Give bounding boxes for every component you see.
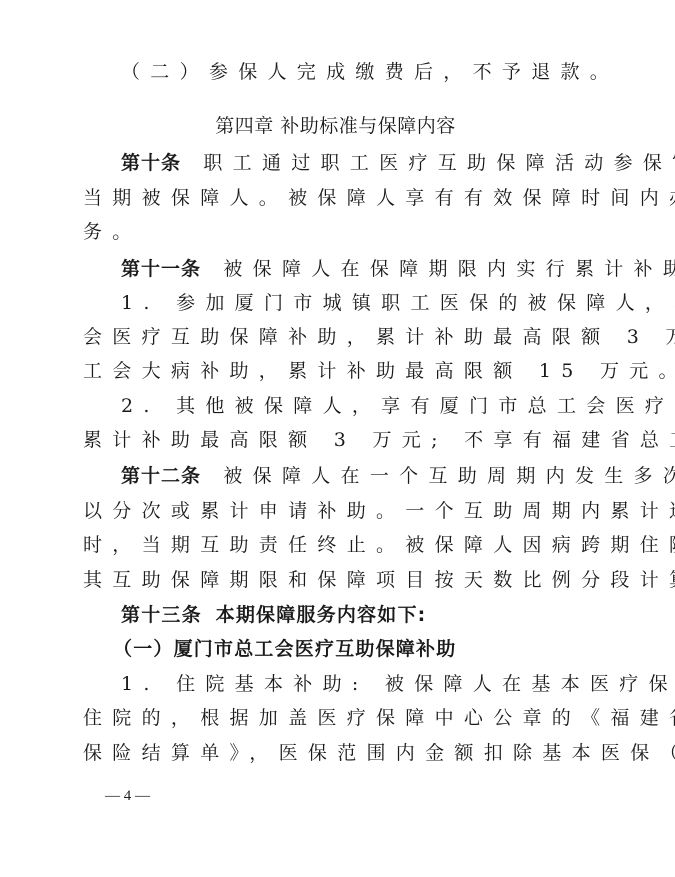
article-13-item-1-line-2: 住院的，根据加盖医疗保障中心公章的《福建省基本医疗（生育） [83, 701, 588, 736]
article-11-item-1-line-3: 工会大病补助，累计补助最高限额 15 万元。 [83, 354, 588, 389]
article-13-item-1-line-1: 1. 住院基本补助: 被保障人在基本医疗保险定点医疗机构 [83, 667, 626, 702]
chapter-heading: 第四章 补助标准与保障内容 [83, 109, 588, 144]
article-12-line-3: 时，当期互助责任终止。被保障人因病跨期住院治疗的，则根据 [83, 528, 588, 563]
article-text: 被保障人在保障期限内实行累计补助限额控制: [223, 258, 675, 280]
article-label: 第十二条 [121, 465, 201, 487]
paragraph-refund: （二）参保人完成缴费后，不予退款。 [83, 55, 626, 90]
article-12-line-1: 第十二条 被保障人在一个互助周期内发生多次住院时，可 [83, 459, 626, 494]
article-label: 第十条 [121, 152, 181, 174]
article-10-line-3: 务。 [83, 215, 588, 250]
article-text: 职工通过职工医疗互助保障活动参保审核后，成为 [203, 152, 675, 174]
page-number: — 4 — [105, 788, 150, 805]
article-label: 第十一条 [121, 258, 201, 280]
article-13-item-1-line-3: 保险结算单》，医保范围内金额扣除基本医保（生育）基金支付、 [83, 736, 588, 771]
article-12-line-2: 以分次或累计申请补助。一个互助周期内累计达到最高给付限额 [83, 494, 588, 529]
article-11-item-1-line-2: 会医疗互助保障补助，累计补助最高限额 3 万元; 享有福建省总 [83, 320, 588, 355]
article-text: 被保障人在一个互助周期内发生多次住院时，可 [223, 465, 675, 487]
subsection-heading: （一）厦门市总工会医疗互助保障补助 [83, 632, 618, 667]
article-11-line-1: 第十一条 被保障人在保障期限内实行累计补助限额控制: [83, 252, 626, 287]
article-11-item-1-line-1: 1. 参加厦门市城镇职工医保的被保障人，享有厦门市总工 [83, 286, 626, 321]
article-10-line-2: 当期被保障人。被保障人享有有效保障时间内办法规定的保障服 [83, 181, 588, 216]
article-13-line-1: 第十三条 本期保障服务内容如下: [83, 598, 626, 633]
article-11-item-2-line-2: 累计补助最高限额 3 万元; 不享有福建省总工会大病补助。 [83, 423, 588, 458]
article-label: 第十三条 [121, 604, 202, 626]
article-11-item-2-line-1: 2. 其他被保障人，享有厦门市总工会医疗互助保障补助， [83, 389, 626, 424]
article-title: 本期保障服务内容如下: [216, 604, 427, 626]
article-12-line-4: 其互助保障期限和保障项目按天数比例分段计算，分段补助。 [83, 563, 588, 598]
paragraph-text: （二）参保人完成缴费后，不予退款。 [121, 61, 619, 83]
article-10-line-1: 第十条 职工通过职工医疗互助保障活动参保审核后，成为 [83, 146, 626, 181]
